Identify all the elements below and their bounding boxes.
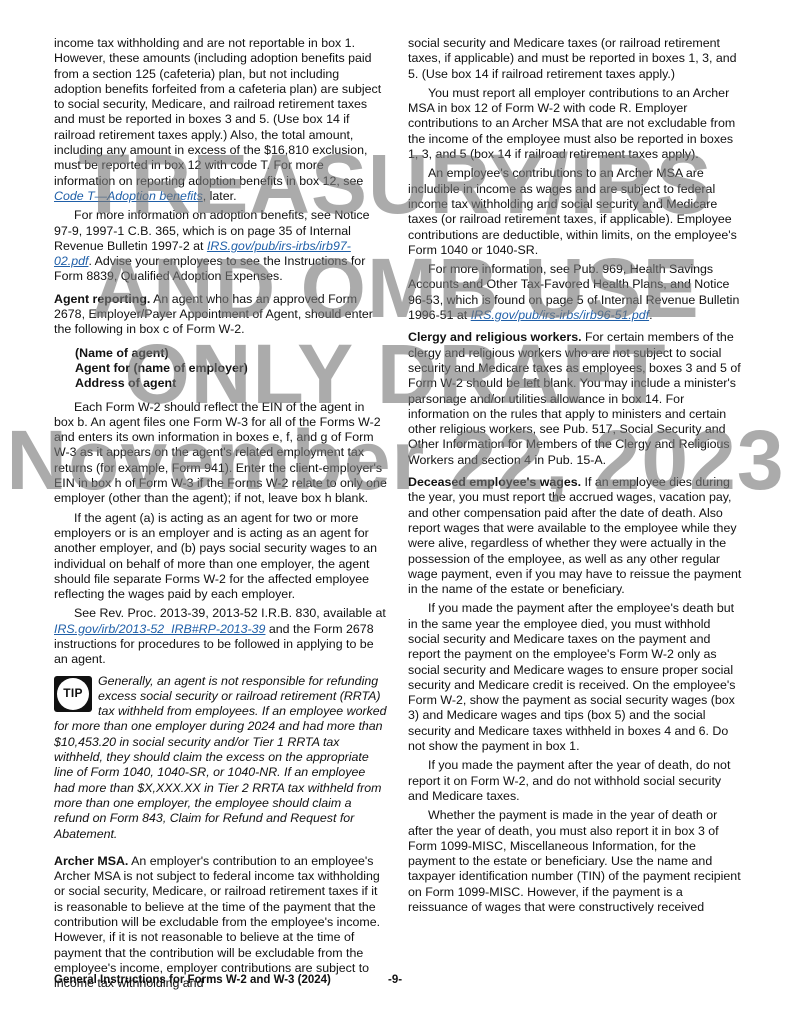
tip-box: TIP Generally, an agent is not responsib… bbox=[54, 674, 387, 842]
archer-continued-paragraph: social security and Medicare taxes (or r… bbox=[408, 36, 744, 82]
right-column: social security and Medicare taxes (or r… bbox=[408, 36, 744, 919]
agent-reporting-paragraph: Agent reporting. An agent who has an app… bbox=[54, 292, 387, 338]
code-t-adoption-link[interactable]: Code T—Adoption benefits bbox=[54, 189, 203, 203]
agent-address-block: (Name of agent) Agent for (name of emplo… bbox=[75, 346, 387, 392]
left-column: income tax withholding and are not repor… bbox=[54, 36, 387, 996]
archer-box12-paragraph: You must report all employer contributio… bbox=[408, 86, 744, 162]
archer-msa-paragraph: Archer MSA. An employer's contribution t… bbox=[54, 854, 387, 992]
deceased-heading: Deceased employee's wages. bbox=[408, 475, 581, 489]
document-page: income tax withholding and are not repor… bbox=[0, 0, 791, 1024]
agent-multiple-employers-paragraph: If the agent (a) is acting as an agent f… bbox=[54, 511, 387, 603]
agent-reporting-heading: Agent reporting. bbox=[54, 292, 150, 306]
rev-proc-link[interactable]: IRS.gov/irb/2013-52_IRB#RP-2013-39 bbox=[54, 622, 265, 636]
pub969-paragraph: For more information, see Pub. 969, Heal… bbox=[408, 262, 744, 323]
address-line: Agent for (name of employer) bbox=[75, 361, 387, 376]
address-line: (Name of agent) bbox=[75, 346, 387, 361]
tip-icon: TIP bbox=[54, 676, 92, 712]
footer-title: General Instructions for Forms W-2 and W… bbox=[54, 974, 331, 986]
clergy-heading: Clergy and religious workers. bbox=[408, 330, 582, 344]
irb96-51-link[interactable]: IRS.gov/pub/irs-irbs/irb96-51.pdf bbox=[471, 308, 649, 322]
form-1099-misc-paragraph: Whether the payment is made in the year … bbox=[408, 808, 744, 915]
tip-text: Generally, an agent is not responsible f… bbox=[54, 674, 387, 841]
archer-msa-heading: Archer MSA. bbox=[54, 854, 128, 868]
page-number: -9- bbox=[388, 974, 402, 986]
adoption-notice-paragraph: For more information on adoption benefit… bbox=[54, 208, 387, 284]
deceased-paragraph: Deceased employee's wages. If an employe… bbox=[408, 475, 744, 597]
deceased-same-year-paragraph: If you made the payment after the employ… bbox=[408, 601, 744, 754]
deceased-after-year-paragraph: If you made the payment after the year o… bbox=[408, 758, 744, 804]
clergy-paragraph: Clergy and religious workers. For certai… bbox=[408, 330, 744, 468]
agent-ein-paragraph: Each Form W-2 should reflect the EIN of … bbox=[54, 400, 387, 507]
adoption-paragraph: income tax withholding and are not repor… bbox=[54, 36, 387, 204]
archer-employee-contrib-paragraph: An employee's contributions to an Archer… bbox=[408, 166, 744, 258]
address-line: Address of agent bbox=[75, 376, 387, 391]
rev-proc-paragraph: See Rev. Proc. 2013-39, 2013-52 I.R.B. 8… bbox=[54, 606, 387, 667]
